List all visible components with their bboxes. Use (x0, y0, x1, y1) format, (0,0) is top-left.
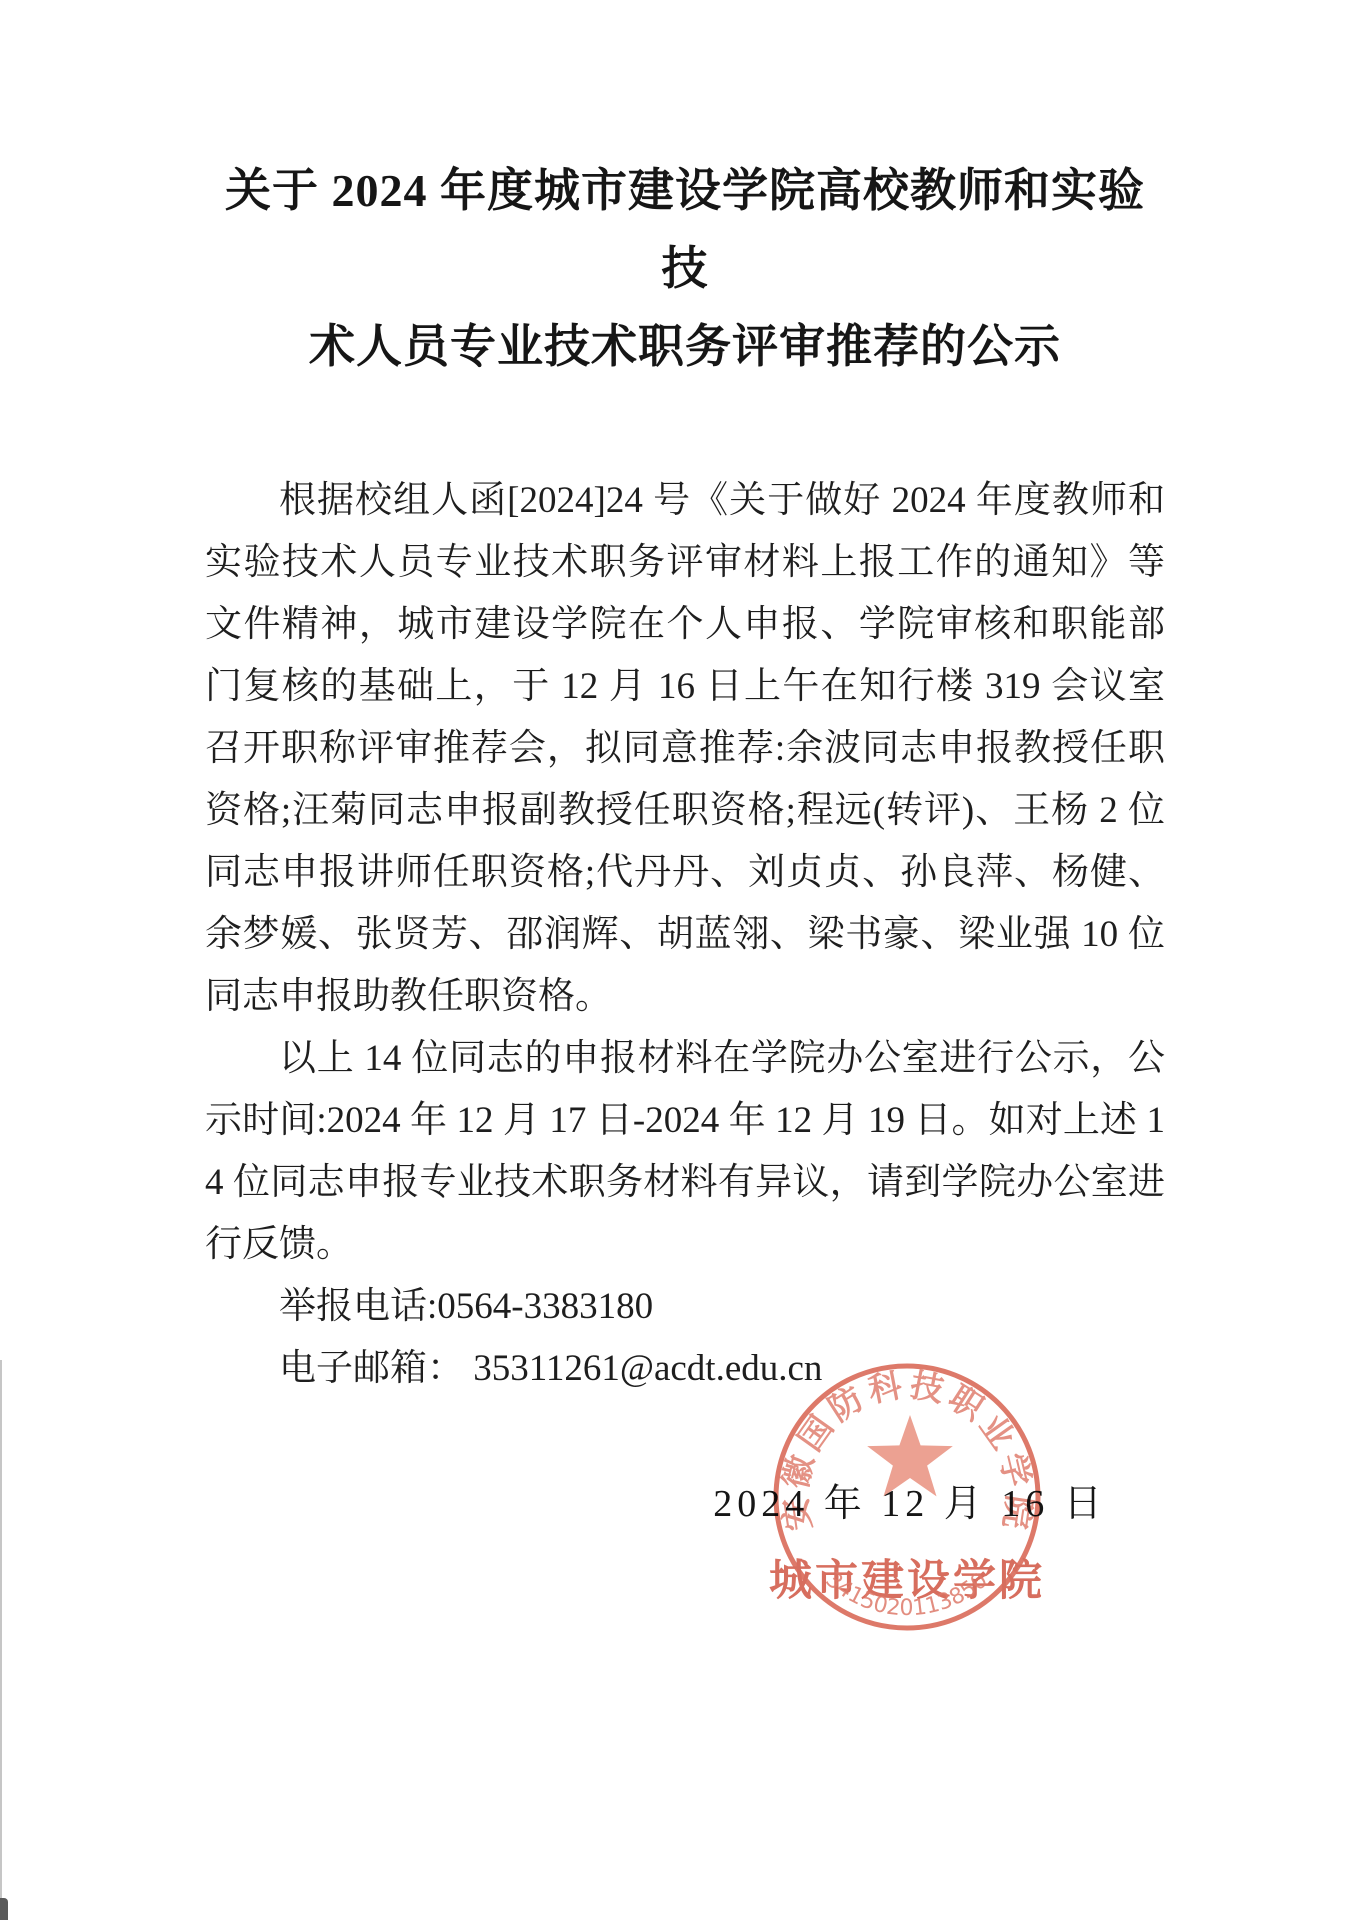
scan-corner-artifact (0, 1898, 8, 1920)
scan-edge-artifact (0, 1360, 2, 1920)
title-line-2: 术人员专业技术职务评审推荐的公示 (205, 308, 1165, 386)
official-seal: 安徽国防科技职业学院 城市建设学院 3415020113850 (757, 1347, 1057, 1647)
paragraph-publicity-period: 以上 14 位同志的申报材料在学院办公室进行公示，公示时间:2024 年 12 … (205, 1028, 1165, 1276)
title-line-1: 关于 2024 年度城市建设学院高校教师和实验技 (205, 152, 1165, 308)
page-title: 关于 2024 年度城市建设学院高校教师和实验技 术人员专业技术职务评审推荐的公… (205, 152, 1165, 386)
announcement-document: 关于 2024 年度城市建设学院高校教师和实验技 术人员专业技术职务评审推荐的公… (0, 0, 1358, 1920)
paragraph-recommendation: 根据校组人函[2024]24 号《关于做好 2024 年度教师和实验技术人员专业… (205, 470, 1165, 1028)
document-body: 根据校组人函[2024]24 号《关于做好 2024 年度教师和实验技术人员专业… (205, 470, 1165, 1400)
report-phone-line: 举报电话:0564-3383180 (205, 1276, 1165, 1338)
document-content: 关于 2024 年度城市建设学院高校教师和实验技 术人员专业技术职务评审推荐的公… (205, 152, 1165, 1400)
seal-star-icon (867, 1415, 953, 1496)
